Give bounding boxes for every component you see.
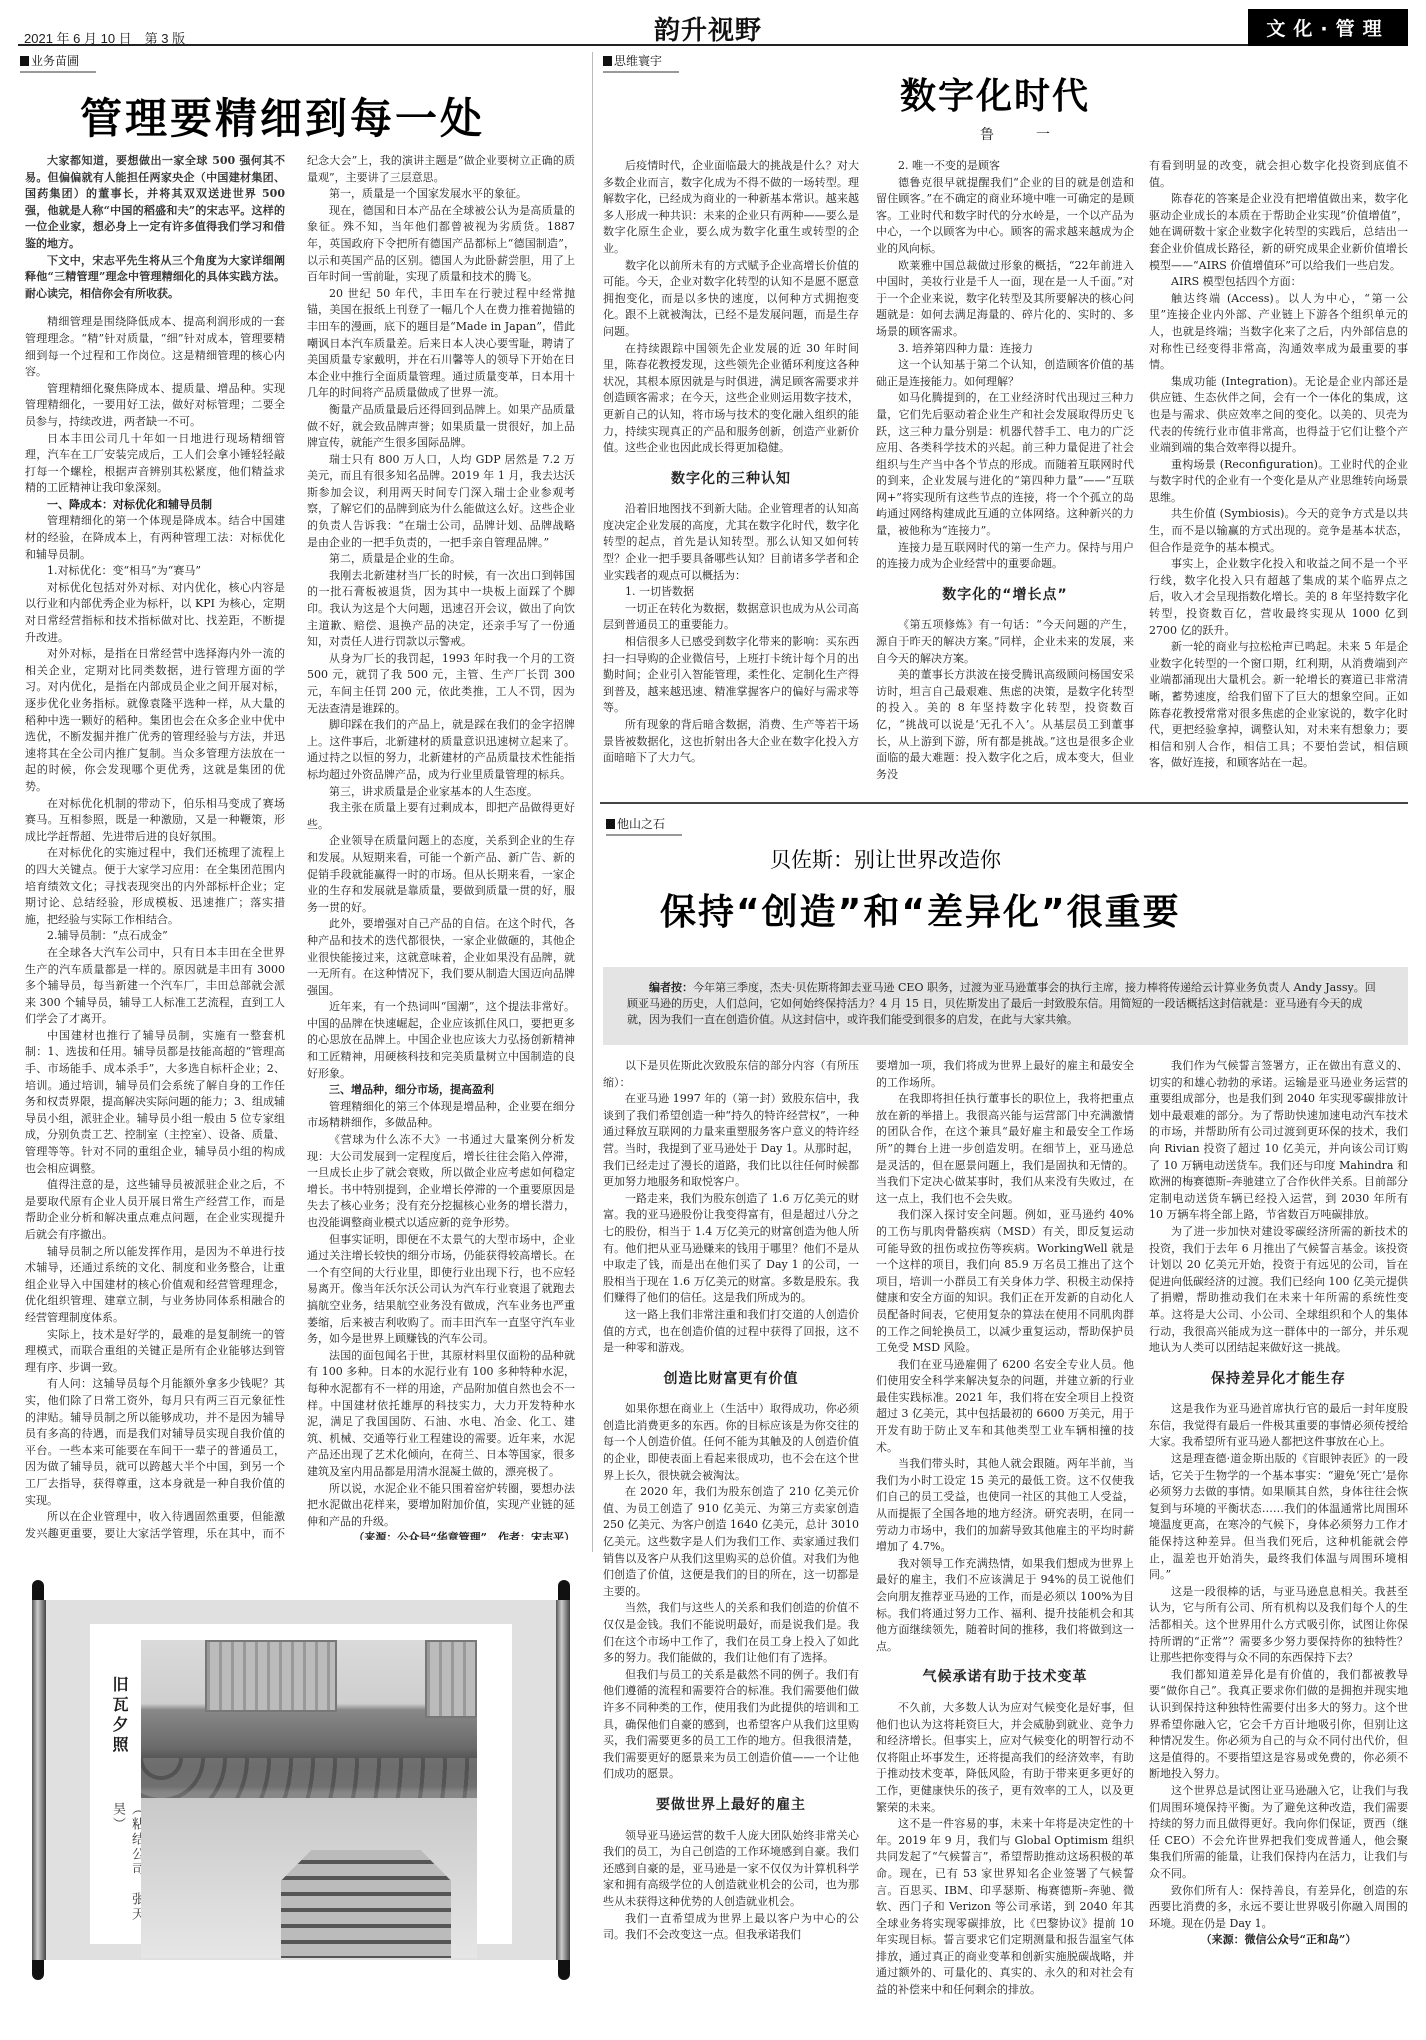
body-paragraph: 要增加一项，我们将成为世界上最好的雇主和最安全的工作场所。 [876,1058,1134,1091]
editor-note-text: 今年第三季度，杰夫·贝佐斯将卸去亚马逊 CEO 职务，过渡为亚马逊董事会的执行主… [627,981,1376,1026]
body-paragraph: 在我即将担任执行董事长的职位上，我将把重点放在新的举措上。我很高兴能与运营部门中… [876,1091,1134,1207]
body-paragraph: 集成功能 (Integration)。无论是企业内部还是供应链、生态伙伴之间，会… [1149,374,1408,457]
body-paragraph: 《营球为什么冻不大》一书通过大量案例分析发现：大公司发展到一定程度后，增长往往会… [307,1132,575,1232]
body-paragraph: 这一路上我们非常注重和我们打交道的人创造价值的方式，也在创造价值的过程中获得了回… [603,1307,859,1357]
intro-paragraph: 大家都知道，要想做出一家全球 500 强何其不易。但偏偏就有人能担任两家央企（中… [25,153,285,253]
photo-window [425,1640,477,1718]
editor-note: 编者按：今年第三季度，杰夫·贝佐斯将卸去亚马逊 CEO 职务，过渡为亚马逊董事会… [603,967,1408,1045]
body-paragraph: 沿着旧地图找不到新大陆。企业管理者的认知高度决定企业发展的高度，尤其在数字化时代… [603,501,859,584]
headline-bezos: 保持“创造”和“差异化”很重要 [660,884,1181,935]
body-paragraph: 企业领导在质量问题上的态度，关系到企业的生存和发展。从短期来看，可能一个新产品、… [307,833,575,916]
body-paragraph: 这不是一件容易的事，未来十年将是决定性的十年。2019 年 9 月，我们与 Gl… [876,1816,1134,1999]
body-paragraph: 但事实证明，即便在不太景气的大型市场中，企业通过关注增长较快的细分市场，仍能获得… [307,1232,575,1348]
bezos-col1: 以下是贝佐斯此次致股东信的部分内容（有所压缩）： 在亚马逊 1997 年的（第一… [603,1058,859,2038]
body-paragraph: 这是我作为亚马逊首席执行官的最后一封年度股东信，我觉得有最后一件极其重要的事情必… [1149,1401,1408,1451]
body-paragraph: 对标优化包括对外对标、对内优化，核心内容是以行业和内部优秀企业为标杆，以 KPI… [25,580,285,646]
body-paragraph: 衡量产品质量最后还得回到品牌上。如果产品质量做不好，就会致品牌声誉；如果质量一贯… [307,402,575,452]
body-paragraph: 重构场景 (Reconfiguration)。工业时代的企业与数字时代的企业有一… [1149,457,1408,507]
subheading: 创造比财富更有价值 [603,1371,859,1388]
paper-name: 韵升视野 [654,10,762,47]
body-paragraph: 这个世界总是试图让亚马逊融入它，让我们与我们周围环境保持平衡。为了避免这种改造，… [1149,1783,1408,1883]
column-tag-label: 思维寰宇 [614,52,662,69]
body-paragraph: 20 世纪 50 年代，丰田车在行驶过程中经常抛锚，美国在报纸上刊登了一幅几个人… [307,286,575,402]
body-paragraph: 管理精细化的第一个体现是降成本。结合中国建材的经验，在降成本上，有两种管理工法：… [25,513,285,563]
body-paragraph: 连接力是互联网时代的第一生产力。保持与用户的连接力成为企业经营中的重要命题。 [876,540,1134,573]
body-paragraph: 德鲁克很早就提醒我们“企业的目的就是创造和留住顾客。”在不确定的商业环境中唯一可… [876,175,1134,258]
body-paragraph: 3. 培养第四种力量：连接力 [876,341,1134,358]
body-paragraph: 有人问：这辅导员每个月能额外拿多少钱呢？其实，他们除了日常工资外，每月只有两三百… [25,1376,285,1509]
section-banner: 文化·管理 [1248,9,1408,46]
body-paragraph: 这是一段很棒的话，与亚马逊息息相关。我甚至认为，它与所有公司、所有机构以及我们每… [1149,1584,1408,1667]
subheading: 一、降成本：对标优化和辅导员制 [25,497,285,514]
body-paragraph: 值得注意的是，这些辅导员被派驻企业之后，不是要取代原有企业人员开展日常生产经营工… [25,1177,285,1243]
issue-date: 2021 年 6 月 10 日 第 3 版 [24,28,185,47]
body-paragraph: 1. 一切皆数据 [603,584,859,601]
body-paragraph: 这一个认知基于第二个认知，创造顾客价值的基础正是连接能力。如何理解？ [876,357,1134,390]
body-paragraph: 一切正在转化为数据，数据意识也成为从公司高层到普通员工的重要能力。 [603,601,859,634]
kicker-bezos: 贝佐斯：别让世界改造你 [770,844,1001,874]
body-paragraph: 在亚马逊 1997 年的（第一封）致股东信中，我谈到了我们希望创造一种“持久的特… [603,1091,859,1191]
body-paragraph: 管理精细化聚焦降成本、提质量、增品种。实现管理精细化，一要用好工法，做好对标管理… [25,381,285,431]
body-paragraph: 现在，德国和日本产品在全球被公认为是高质量的象征。殊不知，当年他们都曾被视为劣质… [307,203,575,286]
photo-old-tiles-sunset [141,1640,477,1958]
column-divider [592,52,593,1552]
masthead: 2021 年 6 月 10 日 第 3 版 韵升视野 文化·管理 [18,0,1408,46]
body-paragraph: 一路走来，我们为股东创造了 1.6 万亿美元的财富。我的亚马逊股份让我变得富有，… [603,1191,859,1307]
column-tag-label: 他山之石 [617,815,665,832]
body-paragraph: 新一轮的商业与拉松枪声已鸣起。未来 5 年是企业数字化转型的一个窗口期，红利期，… [1149,639,1408,772]
body-paragraph: 我们深入探讨安全问题。例如，亚马逊约 40%的工伤与肌肉骨骼疾病（MSD）有关，… [876,1207,1134,1356]
body-paragraph: 相信很多人已感受到数字化带来的影响：买东西扫一扫导购的企业微信号，上班打卡统计每… [603,634,859,717]
body-paragraph: 触达终端 (Access)。以人为中心，“第一公里”连接企业内外部、产业链上下游… [1149,291,1408,374]
body-paragraph: 瑞士只有 800 万人口，人均 GDP 居然是 7.2 万美元，而且有很多知名品… [307,452,575,552]
body-paragraph: 2. 唯一不变的是顾客 [876,158,1134,175]
left-article-col2: 纪念大会”上，我的演讲主题是“做企业要树立正确的质量观”，主要讲了三层意思。 第… [307,153,575,1540]
body-paragraph: 《第五项修炼》有一句话：“今天问题的产生，源自于昨天的解决方案。”同样，企业未来… [876,617,1134,667]
photo-lattice-window [281,1850,451,1958]
body-paragraph: 如果你想在商业上（生活中）取得成功，你必须创造比消费更多的东西。你的目标应该是为… [603,1401,859,1484]
body-paragraph: 实际上，技术是好学的，最难的是复制统一的管理模式，而联合重组的关键正是所有企业能… [25,1327,285,1377]
body-paragraph: 我刚去北新建材当厂长的时候，有一次出口到韩国的一批石膏板被退货，因为其中一块板上… [307,568,575,651]
body-paragraph: 数字化以前所未有的方式赋予企业高增长价值的可能。今天，企业对数字化转型的认知不是… [603,258,859,341]
scroll-roll-right [556,1600,570,1960]
body-paragraph: 精细管理是围绕降低成本、提高利润形成的一套管理理念。“精”针对质量，“细”针对成… [25,314,285,380]
body-paragraph: 当然，我们与这些人的关系和我们创造的价值不仅仅是金钱。我们不能说明最好，而是说我… [603,1600,859,1666]
body-paragraph: 在对标优化机制的带动下，伯乐相马变成了赛场赛马。互相参照，既是一种激励，又是一种… [25,796,285,846]
body-paragraph: 纪念大会”上，我的演讲主题是“做企业要树立正确的质量观”，主要讲了三层意思。 [307,153,575,186]
left-article-col1: 大家都知道，要想做出一家全球 500 强何其不易。但偏偏就有人能担任两家央企（中… [25,153,285,1540]
body-paragraph: 致你们所有人：保持善良，有差异化，创造的东西要比消费的多，永远不要让世界吸引你融… [1149,1883,1408,1933]
body-paragraph: 在 2020 年，我们为股东创造了 210 亿美元价值、为员工创造了 910 亿… [603,1484,859,1600]
body-paragraph: 我对领导工作充满热情，如果我们想成为世界上最好的雇主，我们不应该满足于 94%的… [876,1556,1134,1656]
subheading: 要做世界上最好的雇主 [603,1797,859,1814]
square-bullet-icon [20,56,29,66]
headline-left: 管理要精细到每一处 [80,86,485,146]
body-paragraph: 日本丰田公司几十年如一日地进行现场精细管理，汽车在工厂安装完成后，工人们会拿小锤… [25,431,285,497]
body-paragraph: 美的董事长方洪波在接受腾讯高级顾问杨国安采访时，坦言自己最艰难、焦虑的决策，是数… [876,667,1134,783]
body-paragraph: 当我们带头时，其他人就会跟随。两年半前，当我们为小时工设定 15 美元的最低工资… [876,1456,1134,1556]
body-paragraph: 如马化腾提到的，在工业经济时代出现过三种力量，它们先后驱动着企业生产和社会发展取… [876,390,1134,539]
body-paragraph: 以下是贝佐斯此次致股东信的部分内容（有所压缩）： [603,1058,859,1091]
subheading: 三、增品种，细分市场，提高盈利 [307,1082,575,1099]
body-paragraph: 我主张在质量上要有过剩成本，即把产品做得更好些。 [307,800,575,833]
column-tag-left: 业务苗圃 [20,52,96,73]
body-paragraph: 后疫情时代，企业面临最大的挑战是什么？对大多数企业而言，数字化成为不得不做的一场… [603,158,859,258]
headline-digital: 数字化时代 [900,68,1090,119]
column-tag-bezos: 他山之石 [606,815,682,836]
body-paragraph: 我们在亚马逊雇佣了 6200 名安全专业人员。他们使用安全科学来解决复杂的问题，… [876,1357,1134,1457]
section-divider [600,802,1408,804]
body-paragraph: 不久前，大多数人认为应对气候变化是好事，但他们也认为这将耗资巨大，并会威胁到就业… [876,1700,1134,1816]
scroll-mat: 旧瓦夕照 （粘结公司 张天昊） [46,1600,556,1960]
digital-col2: 2. 唯一不变的是顾客 德鲁克很早就提醒我们“企业的目的就是创造和留住顾客。”在… [876,158,1134,798]
square-bullet-icon [606,819,615,829]
body-paragraph: 管理精细化的第三个体现是增品种，企业要在细分市场精耕细作，多做品种。 [307,1099,575,1132]
body-paragraph: 辅导员制之所以能发挥作用，是因为不单进行技术辅导，还通过系统的文化、制度和业务整… [25,1244,285,1327]
square-bullet-icon [603,56,612,66]
body-paragraph: 在全球各大汽车公司中，只有日本丰田在全世界生产的汽车质量都是一样的。原因就是丰田… [25,945,285,1028]
scroll-paper: 旧瓦夕照 （粘结公司 张天昊） [90,1624,512,1944]
body-paragraph: 第一，质量是一个国家发展水平的象征。 [307,186,575,203]
body-paragraph: 陈春花的答案是企业没有把增值做出来，数字化驱动企业成长的本质在于帮助企业实现“价… [1149,191,1408,274]
article-source: （来源：公众号“华章管理”，作者：宋志平） [307,1530,575,1540]
body-paragraph: 这是理查德·道金斯出版的《盲眼钟表匠》的一段话，它关于生物学的一个基本事实：“避… [1149,1451,1408,1584]
subheading: 保持差异化才能生存 [1149,1371,1408,1388]
body-paragraph: 但我们与员工的关系是截然不同的例子。我们有他们遵循的流程和需要符合的标准。我们需… [603,1667,859,1783]
body-paragraph: 我们作为气候誓言签署方，正在做出有意义的、切实的和雄心勃勃的承诺。运输是亚马逊业… [1149,1058,1408,1224]
body-paragraph: 1.对标优化：变“相马”为“赛马” [25,563,285,580]
subheading: 数字化的三种认知 [603,471,859,488]
body-paragraph: 在持续跟踪中国领先企业发展的近 30 年时间里，陈春花教授发现，这些领先企业循环… [603,341,859,457]
body-paragraph: 从身为厂长的我罚起，1993 年时我一个月的工资 500 元，就罚了我 500 … [307,651,575,717]
body-paragraph: 有看到明显的改变，就会担心数字化投资到底值不值。 [1149,158,1408,191]
subheading: 数字化的“增长点” [876,587,1134,604]
subheading: 气候承诺有助于技术变革 [876,1669,1134,1686]
body-paragraph: 我们都知道差异化是有价值的，我们都被教导要“做你自己”。我真正要求你们做的是拥抱… [1149,1667,1408,1783]
body-paragraph: 近年来，有一个热词叫“国潮”，这个提法非常好。中国的品牌在快速崛起，企业应该抓住… [307,999,575,1082]
scroll-roll-left [32,1600,46,1960]
intro-paragraph: 下文中，宋志平先生将从三个角度为大家详细阐释他“三精管理”理念中管理精细化的具体… [25,253,285,303]
editor-note-label: 编者按： [649,981,693,994]
body-paragraph: 此外，要增强对自己产品的自信。在这个时代，各种产品和技术的迭代都很快，一家企业做… [307,916,575,999]
photo-roof-tiles [141,1758,477,1798]
body-paragraph: 2.辅导员制：“点石成金” [25,928,285,945]
body-paragraph: 领导亚马逊运营的数千人庞大团队始终非常关心我们的员工，为自己创造的工作环境感到自… [603,1828,859,1911]
body-paragraph: 在对标优化的实施过程中，我们还梳理了流程上的四大关键点。便于大家学习应用：在全集… [25,845,285,928]
bezos-col3: 我们作为气候誓言签署方，正在做出有意义的、切实的和雄心勃勃的承诺。运输是亚马逊业… [1149,1058,1408,2038]
body-paragraph: 第三，讲求质量是企业家基本的人生态度。 [307,784,575,801]
body-paragraph: 法国的面包闻名于世，其原材料里仅面粉的品种就有 100 多种。日本的水泥行业有 … [307,1348,575,1481]
body-paragraph: 所有现象的背后暗含数据，消费、生产等若干场景皆被数据化，这也折射出各大企业在数字… [603,717,859,767]
body-paragraph: AIRS 模型包括四个方面： [1149,274,1408,291]
column-tag-digital: 思维寰宇 [603,52,679,73]
body-paragraph: 所以说，水泥企业不能只围着窑炉转圈，要想办法把水泥做出花样来，要增加附加价值，实… [307,1481,575,1531]
byline-digital: 鲁 一 [980,124,1064,144]
digital-col3: 有看到明显的改变，就会担心数字化投资到底值不值。 陈春花的答案是企业没有把增值做… [1149,158,1408,798]
body-paragraph: 为了进一步加快对建设零碳经济所需的新技术的投资，我们于去年 6 月推出了气候誓言… [1149,1224,1408,1357]
body-paragraph: 欧莱雅中国总裁做过形象的概括，“22年前进入中国时，美妆行业是千人一面，现在是一… [876,258,1134,341]
scroll-photo-frame: 旧瓦夕照 （粘结公司 张天昊） [32,1580,570,1980]
body-paragraph: 事实上，企业数字化投入和收益之间不是一个平行线，数字化投入只有超越了集成的某个临… [1149,556,1408,639]
photo-window [205,1640,337,1712]
body-paragraph: 脚印踩在我们的产品上，就是踩在我们的金字招牌上。这件事后，北新建材的质量意识迅速… [307,717,575,783]
body-paragraph: 对外对标，是指在日常经营中选择海内外一流的相关企业，定期对比同类数据，进行管理方… [25,646,285,795]
photo-title: 旧瓦夕照 [108,1676,131,1756]
bezos-col2: 要增加一项，我们将成为世界上最好的雇主和最安全的工作场所。 在我即将担任执行董事… [876,1058,1134,2038]
body-paragraph: 所以在企业管理中，收入待遇固然重要，但能激发兴趣更重要，要让大家活学管理，乐在其… [25,1509,285,1540]
body-paragraph: 第二，质量是企业的生命。 [307,551,575,568]
body-paragraph: 我们一直希望成为世界上最以客户为中心的公司。我们不会改变这一点。但我承诺我们 [603,1911,859,1944]
article-source: （来源：微信公众号“正和岛”） [1149,1932,1408,1949]
digital-col1: 后疫情时代，企业面临最大的挑战是什么？对大多数企业而言，数字化成为不得不做的一场… [603,158,859,798]
column-tag-label: 业务苗圃 [31,52,79,69]
body-paragraph: 共生价值 (Symbiosis)。今天的竞争方式是以共生，而不是以输赢的方式出现… [1149,506,1408,556]
body-paragraph: 中国建材也推行了辅导员制，实施有一整套机制：1、选拔和任用。辅导员都是技能高超的… [25,1028,285,1177]
